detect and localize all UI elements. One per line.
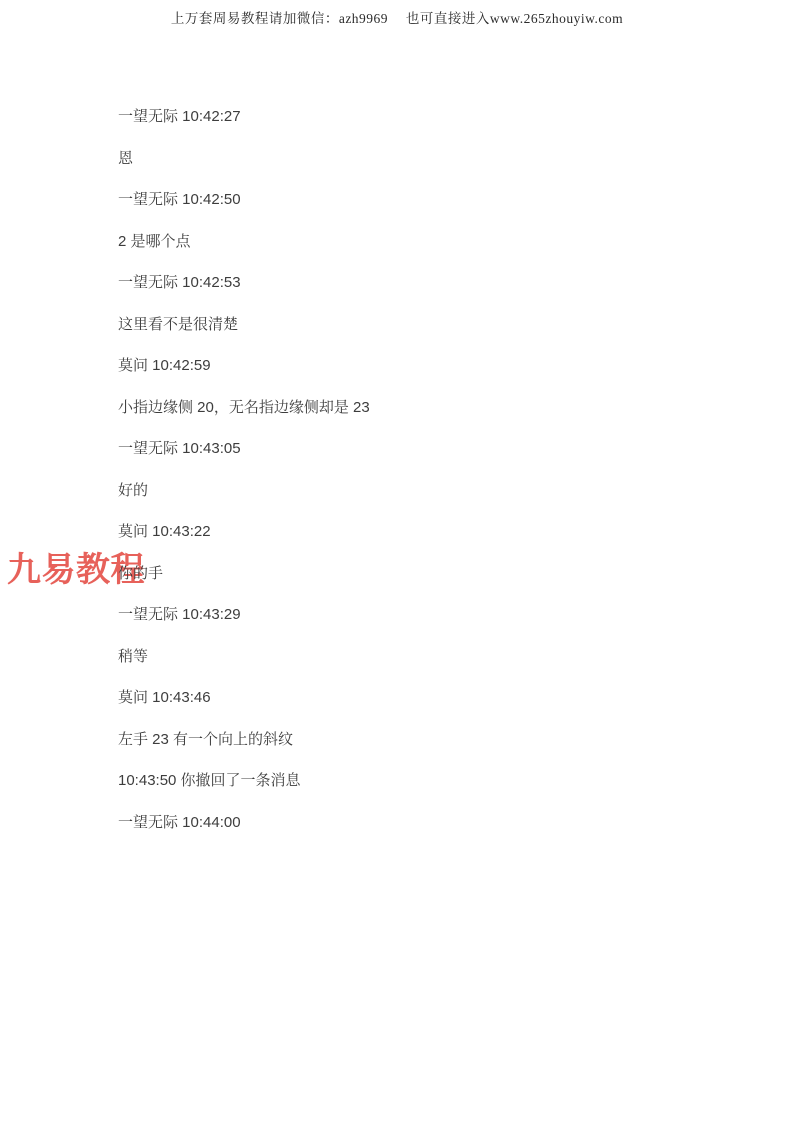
chat-line: 一望无际 10:42:27 bbox=[118, 96, 754, 138]
chat-line: 左手 23 有一个向上的斜纹 bbox=[118, 719, 754, 761]
chat-line: 一望无际 10:44:00 bbox=[118, 802, 754, 844]
chat-line: 莫问 10:42:59 bbox=[118, 345, 754, 387]
chat-line: 莫问 10:43:22 bbox=[118, 511, 754, 553]
chat-line: 这里看不是很清楚 bbox=[118, 304, 754, 346]
chat-line: 一望无际 10:43:05 bbox=[118, 428, 754, 470]
chat-line: 一望无际 10:43:29 bbox=[118, 594, 754, 636]
chat-line: 一望无际 10:42:50 bbox=[118, 179, 754, 221]
chat-line: 稍等 bbox=[118, 636, 754, 678]
chat-line: 莫问 10:43:46 bbox=[118, 677, 754, 719]
chat-line: 一望无际 10:42:53 bbox=[118, 262, 754, 304]
chat-log: 一望无际 10:42:27恩一望无际 10:42:502 是哪个点一望无际 10… bbox=[118, 96, 754, 843]
document-page: 上万套周易教程请加微信：azh9969 也可直接进入www.265zhouyiw… bbox=[0, 0, 794, 1123]
chat-line: 小指边缘侧 20，无名指边缘侧却是 23 bbox=[118, 387, 754, 429]
chat-line: 好的 bbox=[118, 470, 754, 512]
chat-line: 你的手 bbox=[118, 553, 754, 595]
chat-line: 2 是哪个点 bbox=[118, 221, 754, 263]
header-promo-text: 上万套周易教程请加微信：azh9969 也可直接进入www.265zhouyiw… bbox=[0, 7, 794, 27]
chat-line: 恩 bbox=[118, 138, 754, 180]
chat-line: 10:43:50 你撤回了一条消息 bbox=[118, 760, 754, 802]
